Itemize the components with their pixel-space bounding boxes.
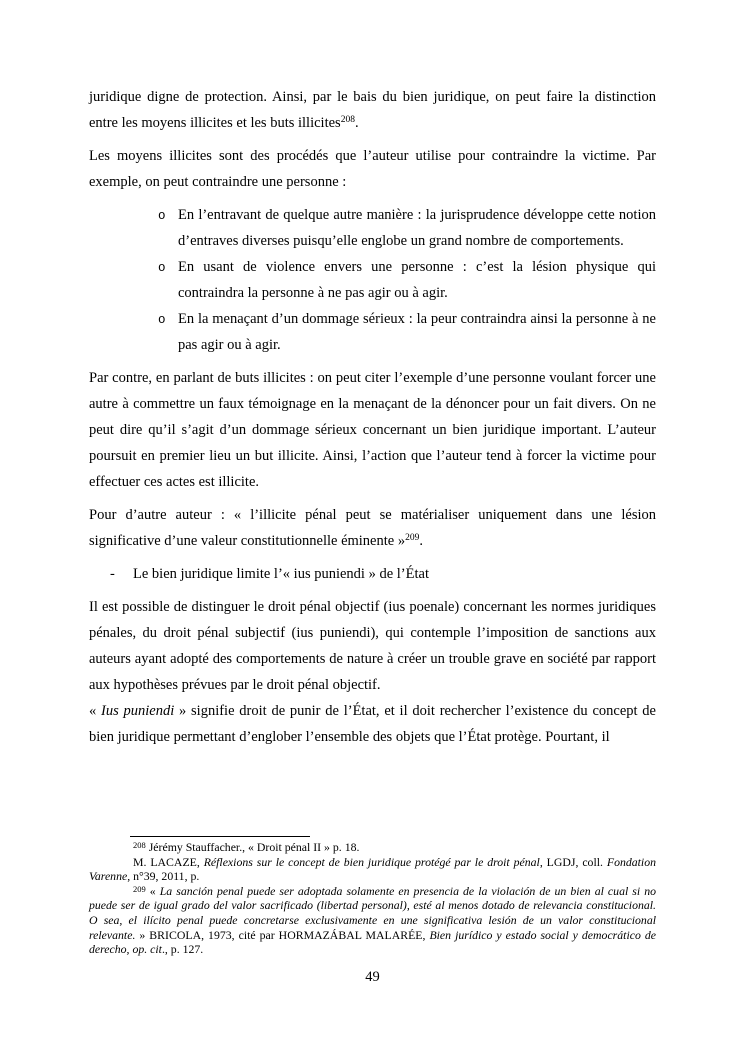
footnote-text: » BRICOLA, 1973, cité par HORMAZÁBAL MAL… [135, 928, 429, 942]
footnote-number-208: 208 [133, 840, 146, 850]
work-title-italic: Réflexions sur le concept de bien juridi… [204, 855, 540, 869]
footnote-text: M. LACAZE, [133, 855, 204, 869]
dash-marker: - [110, 561, 115, 587]
bullet-text: En la menaçant d’un dommage sérieux : la… [178, 311, 656, 353]
footnote-208: 208 Jérémy Stauffacher., « Droit pénal I… [89, 840, 656, 855]
footnote-208-continuation: M. LACAZE, Réflexions sur le concept de … [89, 855, 656, 884]
bullet-list: oEn l’entravant de quelque autre manière… [89, 202, 656, 358]
paragraph-text: . [419, 533, 423, 549]
footnote-number-209: 209 [133, 884, 146, 894]
page-number: 49 [0, 968, 745, 986]
footnote-text: , n°39, 2011, p. [127, 869, 199, 883]
dash-list-item: -Le bien juridique limite l’« ius punien… [89, 561, 656, 587]
bullet-marker: o [158, 255, 166, 281]
bullet-item: oEn l’entravant de quelque autre manière… [89, 202, 656, 254]
bullet-text: En usant de violence envers une personne… [178, 259, 656, 301]
bullet-item: oEn la menaçant d’un dommage sérieux : l… [89, 306, 656, 358]
bullet-item: oEn usant de violence envers une personn… [89, 254, 656, 306]
paragraph-2: Les moyens illicites sont des procédés q… [89, 143, 656, 195]
paragraph-text: Les moyens illicites sont des procédés q… [89, 148, 656, 190]
paragraph-6: « Ius puniendi » signifie droit de punir… [89, 698, 656, 750]
paragraph-3: Par contre, en parlant de buts illicites… [89, 365, 656, 495]
document-page: juridique digne de protection. Ainsi, pa… [0, 0, 745, 1053]
dash-item-text: Le bien juridique limite l’« ius puniend… [133, 566, 429, 582]
footnote-ref-208: 208 [341, 115, 355, 125]
page-body-text: juridique digne de protection. Ainsi, pa… [89, 84, 656, 750]
footnote-separator [130, 836, 310, 837]
footnote-text: Jérémy Stauffacher., « Droit pénal II » … [146, 840, 360, 854]
paragraph-text: Il est possible de distinguer le droit p… [89, 599, 656, 693]
bullet-text: En l’entravant de quelque autre manière … [178, 207, 656, 249]
paragraph-text: « [89, 703, 101, 719]
paragraph-text: Pour d’autre auteur : « l’illicite pénal… [89, 507, 656, 549]
paragraph-text: juridique digne de protection. Ainsi, pa… [89, 89, 656, 131]
latin-term-italic: Ius puniendi [101, 703, 174, 719]
paragraph-5: Il est possible de distinguer le droit p… [89, 594, 656, 698]
paragraph-text: Par contre, en parlant de buts illicites… [89, 370, 656, 490]
footnote-text: « [146, 884, 160, 898]
paragraph-text: . [355, 115, 359, 131]
footnote-text: , LGDJ, coll. [540, 855, 607, 869]
paragraph-1: juridique digne de protection. Ainsi, pa… [89, 84, 656, 136]
bullet-marker: o [158, 203, 166, 229]
footnote-text: ., p. 127. [162, 942, 203, 956]
footnote-ref-209: 209 [405, 533, 419, 543]
footnote-209: 209 « La sanción penal puede ser adoptad… [89, 884, 656, 957]
footnotes-section: 208 Jérémy Stauffacher., « Droit pénal I… [89, 840, 656, 957]
paragraph-text: » signifie droit de punir de l’État, et … [89, 703, 656, 745]
paragraph-4: Pour d’autre auteur : « l’illicite pénal… [89, 502, 656, 554]
bullet-marker: o [158, 307, 166, 333]
